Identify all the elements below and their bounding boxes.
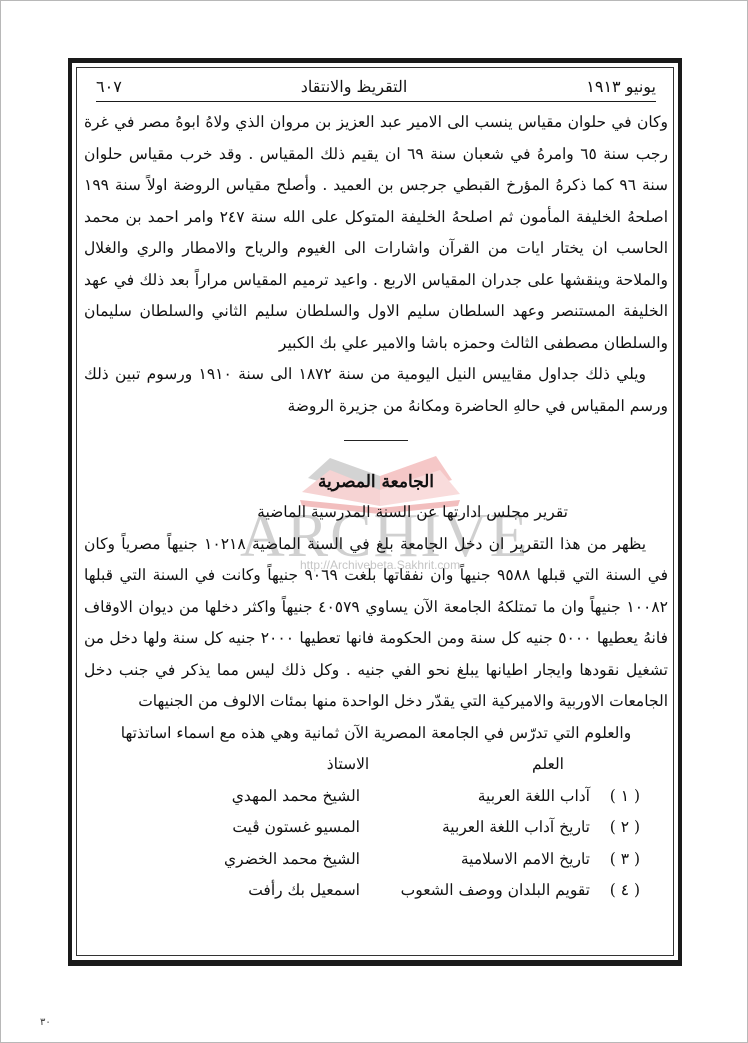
section-title: الجامعة المصرية: [84, 467, 668, 497]
table-row: ( ٣ ) تاريخ الامم الاسلامية الشيخ محمد ا…: [84, 844, 668, 876]
row-number: ( ٣ ): [590, 844, 668, 876]
row-professor: المسيو غستون ڤيت: [160, 812, 360, 844]
page-number: ٦٠٧: [96, 77, 122, 96]
row-subject: تاريخ الامم الاسلامية: [360, 844, 590, 876]
row-number: ( ١ ): [590, 781, 668, 813]
running-header: يونيو ١٩١٣ التقريظ والانتقاد ٦٠٧: [96, 71, 656, 102]
row-professor: الشيخ محمد المهدي: [160, 781, 360, 813]
row-professor: الشيخ محمد الخضري: [160, 844, 360, 876]
table-row: ( ٢ ) تاريخ آداب اللغة العربية المسيو غس…: [84, 812, 668, 844]
row-professor: اسمعيل بك رأفت: [160, 875, 360, 907]
paragraph-university-finances: يظهر من هذا التقرير ان دخل الجامعة بلغ ف…: [84, 529, 668, 718]
column-header-professor: الاستاذ: [268, 749, 428, 781]
row-subject: آداب اللغة العربية: [360, 781, 590, 813]
page-frame: يونيو ١٩١٣ التقريظ والانتقاد ٦٠٧ وكان في…: [68, 58, 682, 966]
table-row: ( ٤ ) تقويم البلدان ووصف الشعوب اسمعيل ب…: [84, 875, 668, 907]
header-date: يونيو ١٩١٣: [586, 77, 656, 96]
row-number: ( ٤ ): [590, 875, 668, 907]
paragraph-nile-tables: ويلي ذلك جداول مقاييس النيل اليومية من س…: [84, 359, 668, 422]
subjects-table-header: العلم الاستاذ: [84, 749, 668, 781]
paragraph-nilometer-history: وكان في حلوان مقياس ينسب الى الامير عبد …: [84, 107, 668, 359]
corner-mark: ٣٠: [40, 1017, 51, 1028]
row-number: ( ٢ ): [590, 812, 668, 844]
page-content: وكان في حلوان مقياس ينسب الى الامير عبد …: [84, 107, 668, 907]
column-header-subject: العلم: [428, 749, 668, 781]
section-subtitle: تقرير مجلس ادارتها عن السنة المدرسية الم…: [84, 497, 668, 529]
table-row: ( ١ ) آداب اللغة العربية الشيخ محمد المه…: [84, 781, 668, 813]
header-section-title: التقريظ والانتقاد: [301, 77, 407, 96]
row-subject: تقويم البلدان ووصف الشعوب: [360, 875, 590, 907]
paragraph-subjects-intro: والعلوم التي تدرّس في الجامعة المصرية ال…: [84, 718, 668, 750]
section-divider: [344, 440, 408, 441]
row-subject: تاريخ آداب اللغة العربية: [360, 812, 590, 844]
